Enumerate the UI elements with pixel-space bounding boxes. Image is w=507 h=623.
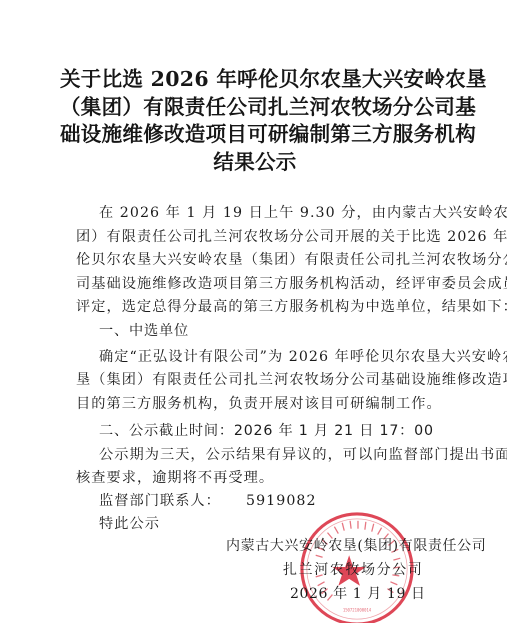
- closing-text: 特此公示: [99, 515, 160, 533]
- document-page: 关于比选 2026 年呼伦贝尔农垦大兴安岭农垦 （集团）有限责任公司扎兰河农牧场…: [0, 0, 507, 623]
- section1-line: 目的第三方服务机构，负责开展对该目可研编制工作。: [76, 395, 442, 413]
- signature-date: 2026 年 1 月 19 日: [290, 585, 426, 603]
- document-title: 关于比选 2026 年呼伦贝尔农垦大兴安岭农垦 （集团）有限责任公司扎兰河农牧场…: [60, 66, 450, 176]
- intro-line: 司基础设施维修改造项目第三方服务机构活动，经评审委员会成员: [76, 275, 507, 293]
- svg-text:150721000014: 150721000014: [343, 607, 372, 612]
- title-line: 结果公示: [60, 149, 450, 177]
- contact-label: 监督部门联系人：: [99, 493, 221, 509]
- section1-line: 垦（集团）有限责任公司扎兰河农牧场分公司基础设施维修改造项: [76, 371, 507, 389]
- section-heading-deadline: 二、公示截止时间：2026 年 1 月 21 日 17：00: [99, 422, 434, 440]
- contact-line: 监督部门联系人： 5919082: [99, 492, 317, 510]
- intro-line: 评定，选定总得分最高的第三方服务机构为中选单位，结果如下：: [76, 298, 507, 316]
- contact-phone: 5919082: [246, 493, 317, 509]
- section1-line: 确定“正弘设计有限公司”为 2026 年呼伦贝尔农垦大兴安岭农: [99, 348, 507, 366]
- title-line: （集团）有限责任公司扎兰河农牧场分公司基: [60, 94, 450, 122]
- intro-line: 团）有限责任公司扎兰河农牧场分公司开展的关于比选 2026 年呼: [76, 228, 507, 246]
- title-line: 关于比选 2026 年呼伦贝尔农垦大兴安岭农垦: [60, 66, 450, 94]
- signature-org-line1: 内蒙古大兴安岭农垦(集团)有限责任公司: [226, 537, 486, 555]
- section2-line: 公示期为三天，公示结果有异议的，可以向监督部门提出书面: [99, 446, 507, 464]
- section-heading-selected-unit: 一、中选单位: [99, 322, 189, 340]
- section2-line: 核查要求，逾期将不再受理。: [76, 469, 274, 487]
- title-line: 础设施维修改造项目可研编制第三方服务机构: [60, 121, 450, 149]
- intro-line: 在 2026 年 1 月 19 日上午 9.30 分，由内蒙古大兴安岭农垦（集: [99, 204, 507, 222]
- intro-line: 伦贝尔农垦大兴安岭农垦（集团）有限责任公司扎兰河农牧场分公: [76, 251, 507, 269]
- signature-org-line2: 扎兰河农牧场分公司: [283, 561, 423, 579]
